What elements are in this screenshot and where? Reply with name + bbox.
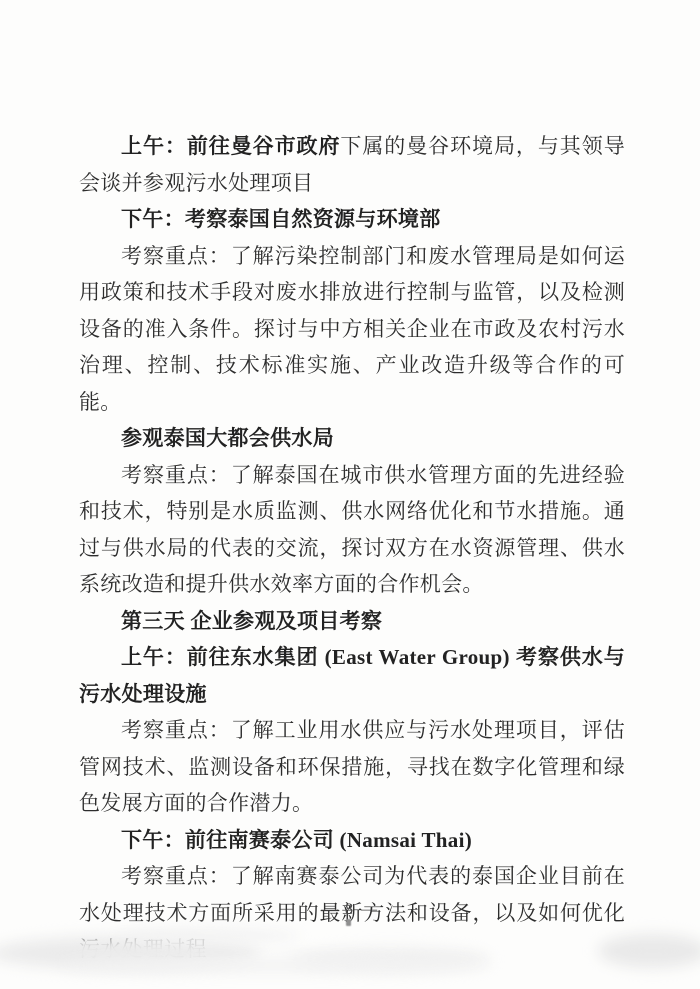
page-number: — 8 — (0, 901, 700, 919)
text-run: 考察重点：了解污染控制部门和废水管理局是如何运用政策和技术手段对废水排放进行控制… (79, 244, 625, 414)
text-run: 考察重点：了解泰国在城市供水管理方面的先进经验和技术，特别是水质监测、供水网络优… (79, 463, 625, 597)
paragraph: 下午：考察泰国自然资源与环境部 (79, 201, 625, 238)
bold-text-run: 参观泰国大都会供水局 (121, 426, 334, 450)
paragraph: 考察重点：了解污染控制部门和废水管理局是如何运用政策和技术手段对废水排放进行控制… (79, 238, 625, 421)
paragraph: 上午：前往曼谷市政府下属的曼谷环境局，与其领导会谈并参观污水处理项目 (79, 128, 625, 201)
paragraph: 第三天 企业参观及项目考察 (79, 603, 625, 640)
bold-text-run: 下午：考察泰国自然资源与环境部 (121, 207, 441, 231)
bold-text-run: 第三天 企业参观及项目考察 (121, 609, 382, 633)
paragraph: 上午：前往东水集团 (East Water Group) 考察供水与污水处理设施 (79, 639, 625, 712)
bold-text-run: 上午：前往曼谷市政府 (121, 134, 340, 158)
bold-text-run: 上午：前往东水集团 (East Water Group) 考察供水与污水处理设施 (79, 645, 625, 706)
paragraph: 考察重点：了解工业用水供应与污水处理项目，评估管网技术、监测设备和环保措施，寻找… (79, 712, 625, 822)
paragraph: 下午：前往南赛泰公司 (Namsai Thai) (79, 822, 625, 859)
scan-speck (346, 919, 351, 926)
text-run: 考察重点：了解工业用水供应与污水处理项目，评估管网技术、监测设备和环保措施，寻找… (79, 718, 625, 815)
document-body: 上午：前往曼谷市政府下属的曼谷环境局，与其领导会谈并参观污水处理项目下午：考察泰… (79, 128, 625, 968)
paragraph: 考察重点：了解泰国在城市供水管理方面的先进经验和技术，特别是水质监测、供水网络优… (79, 457, 625, 603)
document-page: 上午：前往曼谷市政府下属的曼谷环境局，与其领导会谈并参观污水处理项目下午：考察泰… (0, 0, 700, 989)
paragraph: 参观泰国大都会供水局 (79, 420, 625, 457)
bold-text-run: 下午：前往南赛泰公司 (Namsai Thai) (121, 828, 472, 852)
